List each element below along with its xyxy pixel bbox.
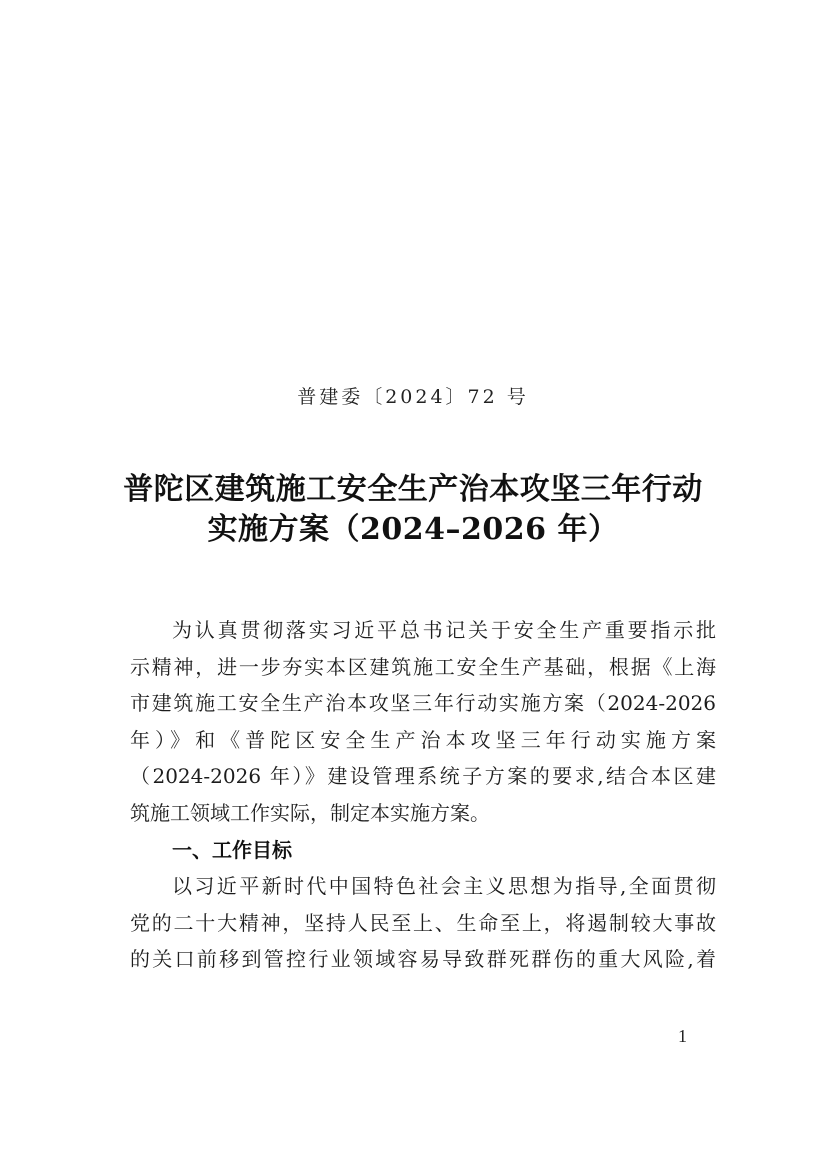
section-heading: 一、工作目标 — [130, 832, 716, 869]
paragraph-line: 以习近平新时代中国特色社会主义思想为指导,全面贯彻 — [130, 868, 716, 905]
paragraph-line: 市建筑施工安全生产治本攻坚三年行动实施方案（2024-2026 — [130, 685, 716, 722]
document-number: 普建委〔2024〕72 号 — [0, 382, 826, 409]
title-line: 实施方案（2024–2026 年） — [0, 510, 826, 550]
document-title: 普陀区建筑施工安全生产治本攻坚三年行动 实施方案（2024–2026 年） — [0, 470, 826, 550]
paragraph-goals: 以习近平新时代中国特色社会主义思想为指导,全面贯彻 党的二十大精神，坚持人民至上… — [130, 868, 716, 978]
page-number: 1 — [678, 1026, 687, 1047]
paragraph-line: 的关口前移到管控行业领域容易导致群死群伤的重大风险,着 — [130, 941, 716, 978]
paragraph-line: 年）》和《普陀区安全生产治本攻坚三年行动实施方案 — [130, 722, 716, 759]
title-line: 普陀区建筑施工安全生产治本攻坚三年行动 — [0, 470, 826, 510]
paragraph-line: 筑施工领域工作实际，制定本实施方案。 — [130, 795, 716, 832]
paragraph-intro: 为认真贯彻落实习近平总书记关于安全生产重要指示批 示精神，进一步夯实本区建筑施工… — [130, 612, 716, 832]
paragraph-line: 党的二十大精神，坚持人民至上、生命至上，将遏制较大事故 — [130, 905, 716, 942]
paragraph-line: （2024-2026 年）》建设管理系统子方案的要求,结合本区建 — [130, 758, 716, 795]
document-body: 为认真贯彻落实习近平总书记关于安全生产重要指示批 示精神，进一步夯实本区建筑施工… — [130, 612, 716, 978]
paragraph-line: 示精神，进一步夯实本区建筑施工安全生产基础，根据《上海 — [130, 649, 716, 686]
paragraph-line: 为认真贯彻落实习近平总书记关于安全生产重要指示批 — [130, 612, 716, 649]
